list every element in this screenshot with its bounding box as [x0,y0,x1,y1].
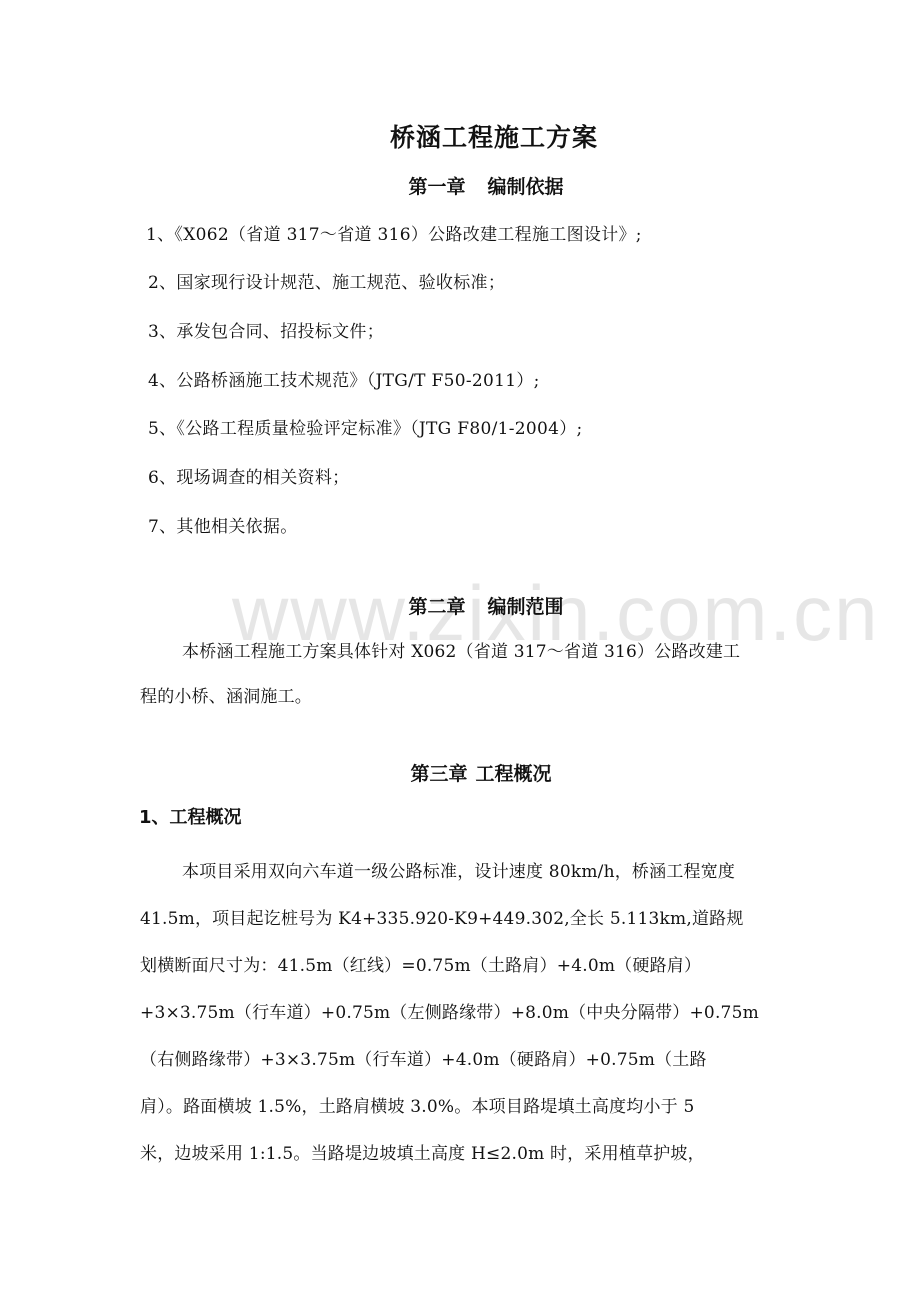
overview-paragraph-line-4: +3×3.75m（行车道）+0.75m（左侧路缘带）+8.0m（中央分隔带）+0… [140,998,759,1023]
document-title: 桥涵工程施工方案 [0,118,920,154]
chapter-1-heading: 第一章编制依据 [0,172,920,199]
chapter-3-number: 第三章 [410,763,467,785]
chapter-1-number: 第一章 [408,176,465,198]
chapter-2-heading: 第二章编制范围 [0,592,920,619]
basis-item-2: 2、国家现行设计规范、施工规范、验收标准； [148,268,505,293]
overview-paragraph-line-7: 米，边坡采用 1:1.5。当路堤边坡填土高度 H≤2.0m 时，采用植草护坡， [140,1139,705,1164]
overview-paragraph-line-5: （右侧路缘带）+3×3.75m（行车道）+4.0m（硬路肩）+0.75m（土路 [140,1045,707,1070]
chapter-3-title: 工程概况 [476,763,552,785]
scope-paragraph-line-2: 程的小桥、涵洞施工。 [140,682,312,707]
document-page: www.zixin.com.cn 桥涵工程施工方案 第一章编制依据 1、《X06… [0,0,920,1302]
basis-item-4: 4、公路桥涵施工技术规范》（JTG/T F50-2011）; [148,366,540,391]
basis-item-6: 6、现场调查的相关资料； [148,463,349,488]
basis-item-1: 1、《X062（省道 317～省道 316）公路改建工程施工图设计》; [146,220,642,245]
chapter-2-title: 编制范围 [488,596,564,618]
chapter-2-number: 第二章 [408,596,465,618]
basis-item-3: 3、承发包合同、招投标文件； [148,317,384,342]
section-1-heading: 1、工程概况 [139,803,242,829]
chapter-3-heading: 第三章工程概况 [0,759,920,786]
basis-item-5: 5、《公路工程质量检验评定标准》（JTG F80/1-2004）; [148,414,583,439]
overview-paragraph-line-3: 划横断面尺寸为：41.5m（红线）=0.75m（土路肩）+4.0m（硬路肩） [140,951,701,976]
overview-paragraph-line-1: 本项目采用双向六车道一级公路标准，设计速度 80km/h，桥涵工程宽度 [182,857,735,882]
overview-paragraph-line-2: 41.5m，项目起讫桩号为 K4+335.920-K9+449.302,全长 5… [140,904,744,929]
overview-paragraph-line-6: 肩）。路面横坡 1.5%，土路肩横坡 3.0%。本项目路堤填土高度均小于 5 [140,1092,695,1117]
chapter-1-title: 编制依据 [488,176,564,198]
scope-paragraph-line-1: 本桥涵工程施工方案具体针对 X062（省道 317～省道 316）公路改建工 [182,637,740,662]
basis-item-7: 7、其他相关依据。 [148,512,298,537]
